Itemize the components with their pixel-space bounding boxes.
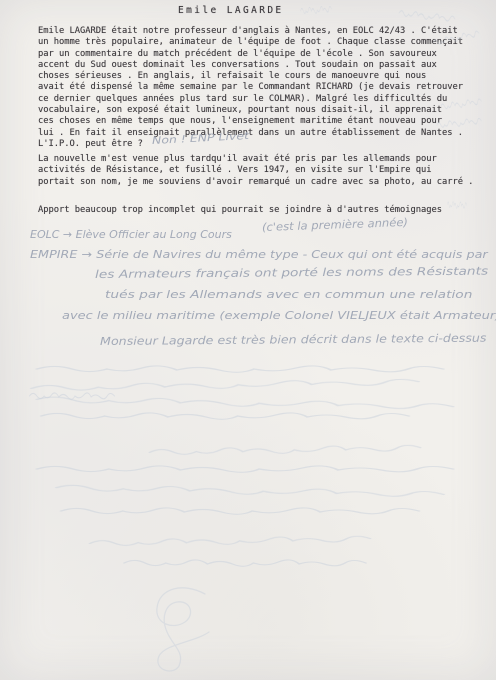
pencil-note-empire-cont-1: les Armateurs français ont porté les nom… xyxy=(95,264,488,282)
pencil-note-eolc: EOLC → Elève Officier au Long Cours xyxy=(30,227,232,242)
bleed-through-line xyxy=(300,2,333,16)
pencil-note-empire-cont-3: avec le milieu maritime (exemple Colonel… xyxy=(62,308,496,323)
bleed-through-line xyxy=(447,198,467,211)
bleed-through-line xyxy=(30,462,460,474)
typed-paragraph-3: Apport beaucoup trop incomplet qui pourr… xyxy=(38,205,478,216)
bleed-through-line xyxy=(145,441,425,458)
pencil-note-eolc-aside: (c'est la première année) xyxy=(262,215,408,235)
pencil-note-empire: EMPIRE → Série de Navires du même type -… xyxy=(30,247,488,262)
bleed-through-line xyxy=(120,556,370,568)
signature-scrawl xyxy=(133,580,225,676)
pencil-note-conclusion: Monsieur Lagarde est très bien décrit da… xyxy=(100,331,487,349)
typed-paragraph-1: Emile LAGARDE était notre professeur d'a… xyxy=(38,26,478,150)
scanned-document-page: Emile LAGARDE Emile LAGARDE était notre … xyxy=(0,0,496,680)
bleed-through-line xyxy=(50,481,450,500)
bleed-through-line xyxy=(85,531,375,548)
bleed-through-line xyxy=(35,409,415,421)
bleed-through-line xyxy=(398,6,457,24)
pencil-note-empire-cont-2: tués par les Allemands avec en commun un… xyxy=(105,287,472,302)
typed-paragraph-2: La nouvelle m'est venue plus tardqu'il a… xyxy=(38,154,478,188)
bleed-through-line xyxy=(30,362,450,374)
bleed-through-line xyxy=(55,504,425,516)
page-title: Emile LAGARDE xyxy=(178,5,284,16)
